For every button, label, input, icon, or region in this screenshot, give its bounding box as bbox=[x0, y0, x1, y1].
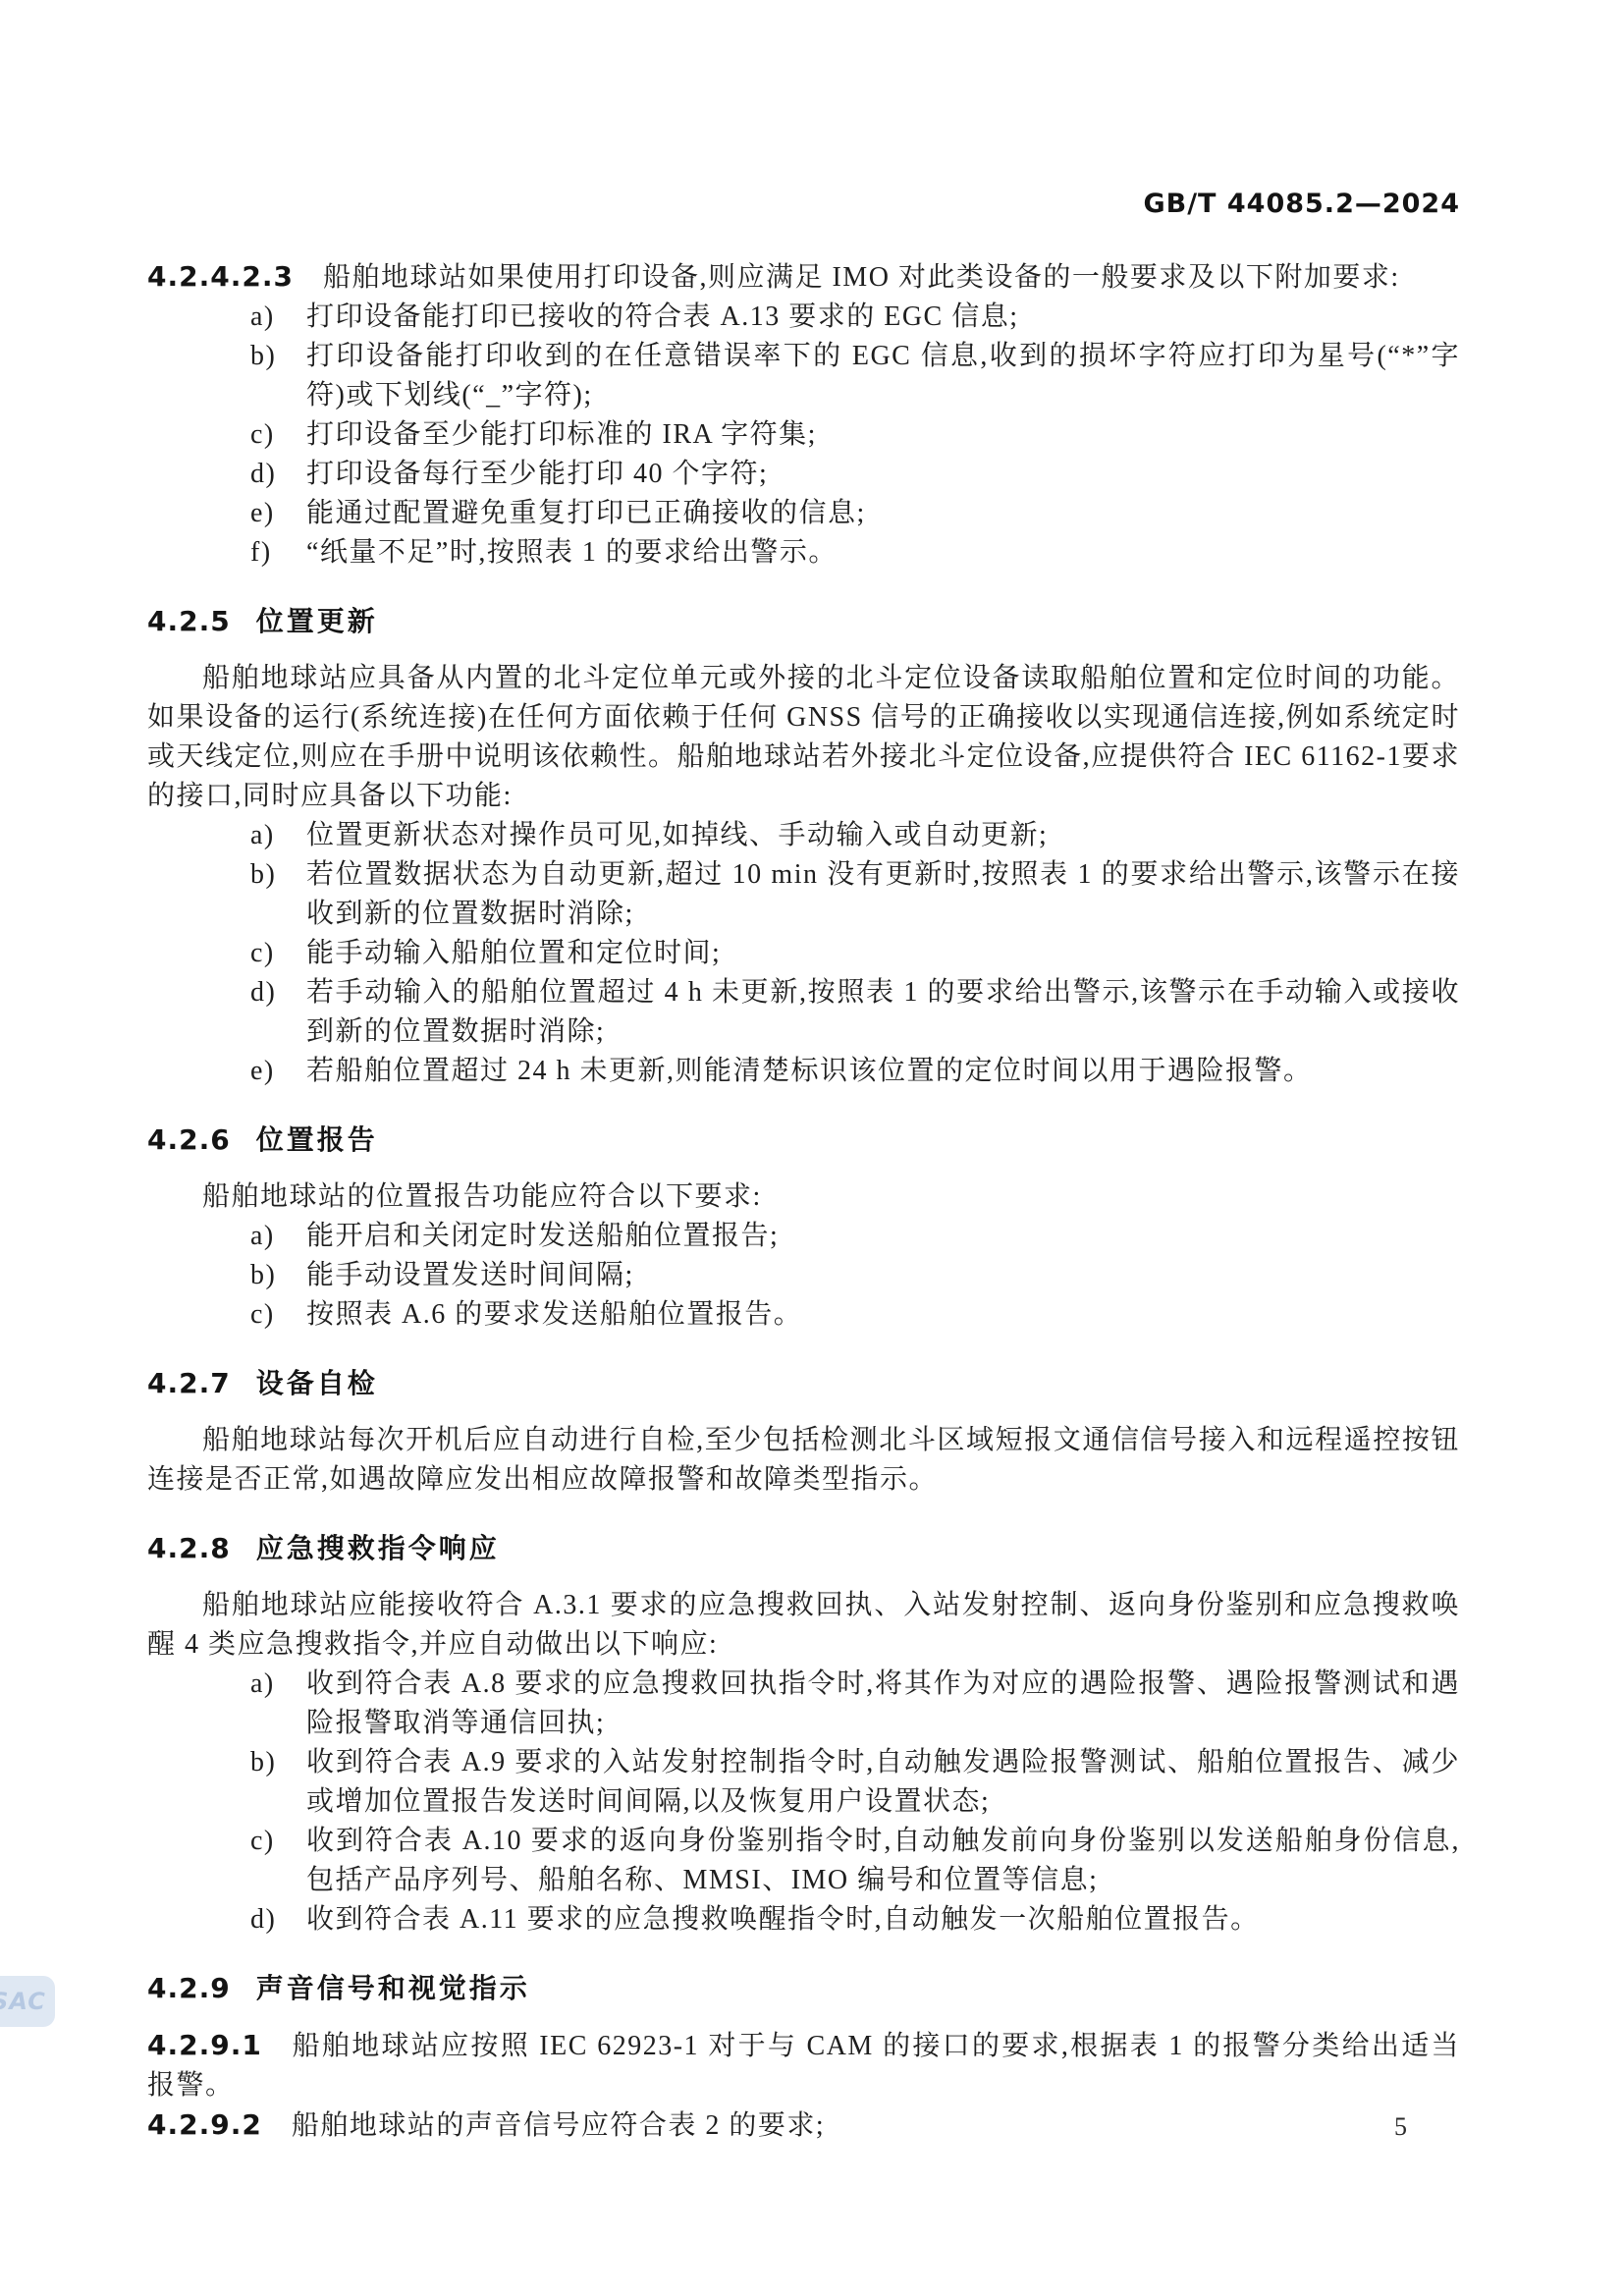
list-item-label: d) bbox=[147, 973, 306, 1052]
list-item: e)能通过配置避免重复打印已正确接收的信息; bbox=[147, 494, 1460, 533]
list-item-text: 若位置数据状态为自动更新,超过 10 min 没有更新时,按照表 1 的要求给出… bbox=[306, 855, 1460, 934]
clause-number: 4.2.9.2 bbox=[147, 2108, 262, 2141]
list-item-text: 打印设备至少能打印标准的 IRA 字符集; bbox=[306, 415, 1460, 455]
ordered-list: a)收到符合表 A.8 要求的应急搜救回执指令时,将其作为对应的遇险报警、遇险报… bbox=[147, 1665, 1460, 1940]
clause-text: 船舶地球站的声音信号应符合表 2 的要求; bbox=[292, 2110, 825, 2141]
list-item-text: 能手动输入船舶位置和定位时间; bbox=[306, 934, 1460, 973]
list-item-label: e) bbox=[147, 1052, 306, 1091]
list-item: a)打印设备能打印已接收的符合表 A.13 要求的 EGC 信息; bbox=[147, 298, 1460, 337]
ordered-list: a)位置更新状态对操作员可见,如掉线、手动输入或自动更新;b)若位置数据状态为自… bbox=[147, 816, 1460, 1091]
body-paragraph: 船舶地球站应具备从内置的北斗定位单元或外接的北斗定位设备读取船舶位置和定位时间的… bbox=[147, 659, 1460, 816]
body-paragraph: 船舶地球站每次开机后应自动进行自检,至少包括检测北斗区域短报文通信信号接入和远程… bbox=[147, 1421, 1460, 1500]
list-item-label: a) bbox=[147, 1665, 306, 1743]
section-heading: 4.2.7设备自检 bbox=[147, 1364, 1460, 1403]
body-paragraph: 船舶地球站的位置报告功能应符合以下要求: bbox=[147, 1177, 1460, 1217]
list-item-text: 能手动设置发送时间间隔; bbox=[306, 1256, 1460, 1295]
heading-number: 4.2.9 bbox=[147, 1972, 231, 2004]
list-item-text: 打印设备每行至少能打印 40 个字符; bbox=[306, 455, 1460, 494]
list-item-text: 收到符合表 A.9 要求的入站发射控制指令时,自动触发遇险报警测试、船舶位置报告… bbox=[306, 1743, 1460, 1822]
clause-text: 船舶地球站应按照 IEC 62923-1 对于与 CAM 的接口的要求,根据表 … bbox=[147, 2031, 1460, 2101]
heading-number: 4.2.7 bbox=[147, 1367, 231, 1399]
standard-document-page: GB/T 44085.2—2024 4.2.4.2.3船舶地球站如果使用打印设备… bbox=[0, 0, 1623, 2296]
heading-title: 设备自检 bbox=[256, 1367, 378, 1399]
list-item: c)能手动输入船舶位置和定位时间; bbox=[147, 934, 1460, 973]
standard-code-header: GB/T 44085.2—2024 bbox=[1143, 185, 1460, 224]
list-item: d)收到符合表 A.11 要求的应急搜救唤醒指令时,自动触发一次船舶位置报告。 bbox=[147, 1900, 1460, 1940]
heading-number: 4.2.6 bbox=[147, 1123, 231, 1156]
list-item-label: d) bbox=[147, 1900, 306, 1940]
list-item-label: b) bbox=[147, 337, 306, 415]
heading-number: 4.2.5 bbox=[147, 605, 231, 637]
section-heading: 4.2.9声音信号和视觉指示 bbox=[147, 1969, 1460, 2008]
list-item-text: 按照表 A.6 的要求发送船舶位置报告。 bbox=[306, 1295, 1460, 1335]
list-item: b)打印设备能打印收到的在任意错误率下的 EGC 信息,收到的损坏字符应打印为星… bbox=[147, 337, 1460, 415]
list-item: d)若手动输入的船舶位置超过 4 h 未更新,按照表 1 的要求给出警示,该警示… bbox=[147, 973, 1460, 1052]
sac-watermark-logo: SAC bbox=[0, 1976, 55, 2027]
list-item-text: 收到符合表 A.10 要求的返向身份鉴别指令时,自动触发前向身份鉴别以发送船舶身… bbox=[306, 1822, 1460, 1900]
body-paragraph: 船舶地球站应能接收符合 A.3.1 要求的应急搜救回执、入站发射控制、返向身份鉴… bbox=[147, 1586, 1460, 1665]
heading-title: 应急搜救指令响应 bbox=[256, 1532, 500, 1564]
list-item: c)收到符合表 A.10 要求的返向身份鉴别指令时,自动触发前向身份鉴别以发送船… bbox=[147, 1822, 1460, 1900]
heading-title: 位置更新 bbox=[256, 605, 378, 637]
list-item: b)能手动设置发送时间间隔; bbox=[147, 1256, 1460, 1295]
list-item-text: 打印设备能打印已接收的符合表 A.13 要求的 EGC 信息; bbox=[306, 298, 1460, 337]
list-item-text: 能通过配置避免重复打印已正确接收的信息; bbox=[306, 494, 1460, 533]
list-item-label: e) bbox=[147, 494, 306, 533]
ordered-list: a)打印设备能打印已接收的符合表 A.13 要求的 EGC 信息;b)打印设备能… bbox=[147, 298, 1460, 573]
list-item: d)打印设备每行至少能打印 40 个字符; bbox=[147, 455, 1460, 494]
list-item-label: c) bbox=[147, 1822, 306, 1900]
list-item-label: a) bbox=[147, 816, 306, 855]
clause-paragraph: 4.2.9.2船舶地球站的声音信号应符合表 2 的要求; bbox=[147, 2105, 1460, 2146]
list-item: c)打印设备至少能打印标准的 IRA 字符集; bbox=[147, 415, 1460, 455]
list-item-label: c) bbox=[147, 934, 306, 973]
list-item-label: b) bbox=[147, 1256, 306, 1295]
ordered-list: a)能开启和关闭定时发送船舶位置报告;b)能手动设置发送时间间隔;c)按照表 A… bbox=[147, 1217, 1460, 1335]
list-item-text: “纸量不足”时,按照表 1 的要求给出警示。 bbox=[306, 533, 1460, 573]
list-item-text: 若船舶位置超过 24 h 未更新,则能清楚标识该位置的定位时间以用于遇险报警。 bbox=[306, 1052, 1460, 1091]
list-item-text: 收到符合表 A.11 要求的应急搜救唤醒指令时,自动触发一次船舶位置报告。 bbox=[306, 1900, 1460, 1940]
page-number: 5 bbox=[1394, 2107, 1407, 2147]
list-item: b)若位置数据状态为自动更新,超过 10 min 没有更新时,按照表 1 的要求… bbox=[147, 855, 1460, 934]
section-heading: 4.2.8应急搜救指令响应 bbox=[147, 1529, 1460, 1568]
clause-text: 船舶地球站如果使用打印设备,则应满足 IMO 对此类设备的一般要求及以下附加要求… bbox=[323, 262, 1400, 293]
clause-number: 4.2.9.1 bbox=[147, 2029, 262, 2061]
list-item-text: 位置更新状态对操作员可见,如掉线、手动输入或自动更新; bbox=[306, 816, 1460, 855]
list-item-label: a) bbox=[147, 1217, 306, 1256]
list-item: f)“纸量不足”时,按照表 1 的要求给出警示。 bbox=[147, 533, 1460, 573]
list-item-label: c) bbox=[147, 1295, 306, 1335]
list-item: e)若船舶位置超过 24 h 未更新,则能清楚标识该位置的定位时间以用于遇险报警… bbox=[147, 1052, 1460, 1091]
heading-title: 声音信号和视觉指示 bbox=[256, 1972, 530, 2004]
list-item: c)按照表 A.6 的要求发送船舶位置报告。 bbox=[147, 1295, 1460, 1335]
section-heading: 4.2.5位置更新 bbox=[147, 602, 1460, 641]
list-item-label: a) bbox=[147, 298, 306, 337]
list-item-label: b) bbox=[147, 1743, 306, 1822]
clause-paragraph: 4.2.9.1船舶地球站应按照 IEC 62923-1 对于与 CAM 的接口的… bbox=[147, 2026, 1460, 2105]
heading-number: 4.2.8 bbox=[147, 1532, 231, 1564]
list-item: a)位置更新状态对操作员可见,如掉线、手动输入或自动更新; bbox=[147, 816, 1460, 855]
list-item-label: c) bbox=[147, 415, 306, 455]
list-item-text: 能开启和关闭定时发送船舶位置报告; bbox=[306, 1217, 1460, 1256]
clause-number: 4.2.4.2.3 bbox=[147, 260, 294, 293]
heading-title: 位置报告 bbox=[256, 1123, 378, 1156]
list-item: a)收到符合表 A.8 要求的应急搜救回执指令时,将其作为对应的遇险报警、遇险报… bbox=[147, 1665, 1460, 1743]
list-item-text: 若手动输入的船舶位置超过 4 h 未更新,按照表 1 的要求给出警示,该警示在手… bbox=[306, 973, 1460, 1052]
section-heading: 4.2.6位置报告 bbox=[147, 1121, 1460, 1160]
list-item-text: 收到符合表 A.8 要求的应急搜救回执指令时,将其作为对应的遇险报警、遇险报警测… bbox=[306, 1665, 1460, 1743]
clause-paragraph: 4.2.4.2.3船舶地球站如果使用打印设备,则应满足 IMO 对此类设备的一般… bbox=[147, 257, 1460, 298]
list-item-text: 打印设备能打印收到的在任意错误率下的 EGC 信息,收到的损坏字符应打印为星号(… bbox=[306, 337, 1460, 415]
list-item-label: d) bbox=[147, 455, 306, 494]
list-item-label: f) bbox=[147, 533, 306, 573]
list-item: a)能开启和关闭定时发送船舶位置报告; bbox=[147, 1217, 1460, 1256]
document-body: 4.2.4.2.3船舶地球站如果使用打印设备,则应满足 IMO 对此类设备的一般… bbox=[147, 257, 1460, 2146]
list-item-label: b) bbox=[147, 855, 306, 934]
list-item: b)收到符合表 A.9 要求的入站发射控制指令时,自动触发遇险报警测试、船舶位置… bbox=[147, 1743, 1460, 1822]
